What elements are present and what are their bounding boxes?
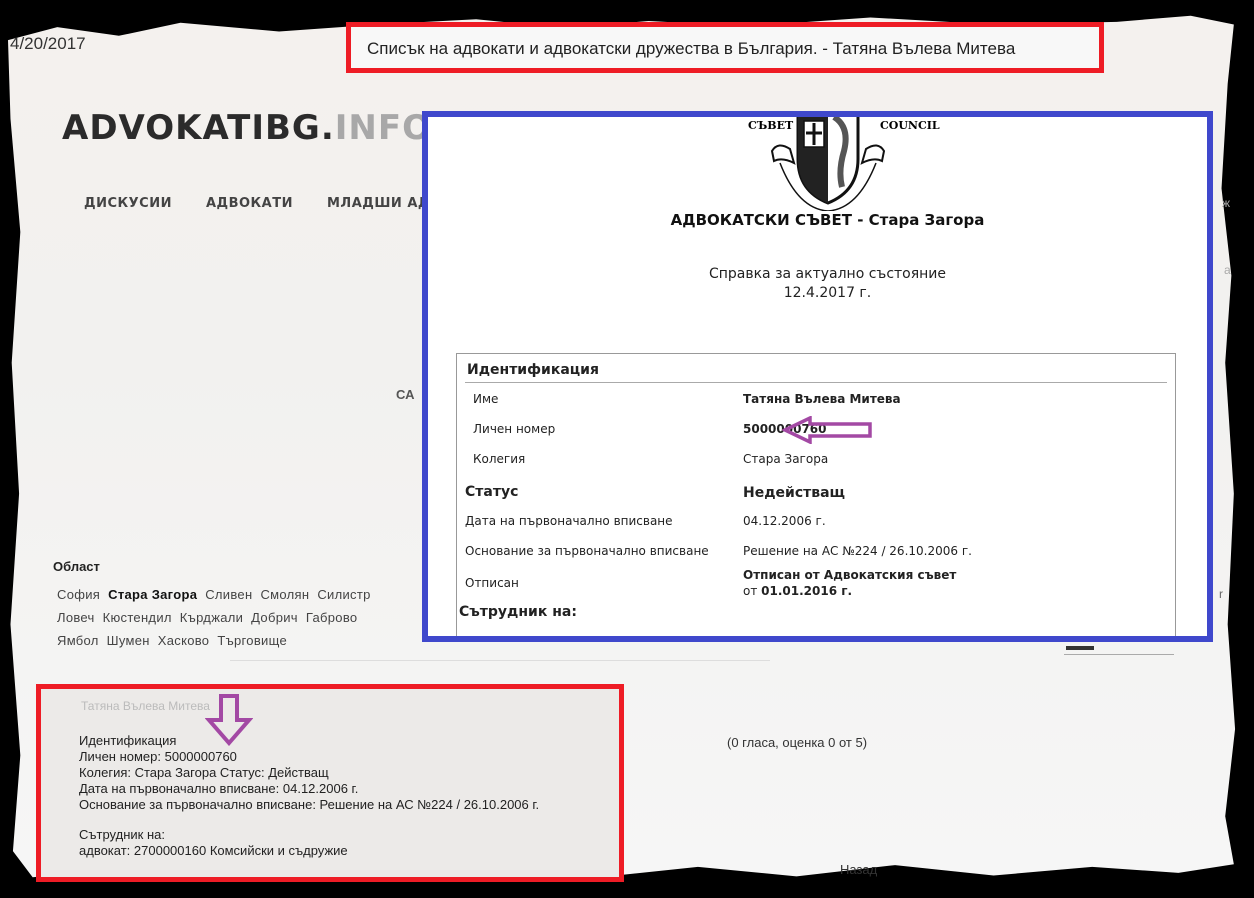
record-line: Колегия: Стара Загора Статус: Действащ xyxy=(79,765,539,781)
name-value: Татяна Вълева Митева xyxy=(743,392,901,406)
certificate-details-card: Идентификация Име Татяна Вълева Митева Л… xyxy=(456,353,1176,642)
certificate-date: 12.4.2017 г. xyxy=(428,285,1207,301)
bar-association-label: Колегия xyxy=(473,452,525,466)
status-heading: Статус xyxy=(465,484,518,500)
page-title-highlight: Списък на адвокати и адвокатски дружеств… xyxy=(346,22,1104,73)
region-link[interactable]: София xyxy=(57,587,100,602)
council-title: АДВОКАТСКИ СЪВЕТ - Стара Загора xyxy=(428,211,1207,229)
logo-suffix: INFO xyxy=(335,108,432,148)
right-edge-fragment: r xyxy=(1219,587,1223,601)
main-nav: ДИСКУСИИ АДВОКАТИ МЛАДШИ АДВОК xyxy=(84,196,463,211)
registration-basis-value: Решение на АС №224 / 26.10.2006 г. xyxy=(743,544,972,558)
bar-association-value: Стара Загора xyxy=(743,452,828,466)
region-link[interactable]: Ямбол xyxy=(57,633,99,648)
region-link[interactable]: Ловеч xyxy=(57,610,95,625)
removed-line: Отписан от Адвокатския съвет xyxy=(743,568,956,582)
record-line: Дата на първоначално вписване: 04.12.200… xyxy=(79,781,539,797)
divider xyxy=(465,382,1167,383)
site-record-details: Идентификация Личен номер: 5000000760 Ко… xyxy=(79,733,539,859)
record-line: Основание за първоначално вписване: Реше… xyxy=(79,797,539,813)
region-link[interactable]: Шумен xyxy=(107,633,150,648)
record-name-faint: Татяна Вълева Митева xyxy=(81,699,210,713)
region-link[interactable]: Търговище xyxy=(217,633,287,648)
divider xyxy=(1064,654,1174,655)
record-line: Идентификация xyxy=(79,733,539,749)
region-link[interactable]: Кюстендил xyxy=(103,610,172,625)
removed-label: Отписан xyxy=(465,576,519,590)
removed-date-line: от 01.01.2016 г. xyxy=(743,584,852,598)
registration-date-value: 04.12.2006 г. xyxy=(743,514,826,528)
removed-prefix: от xyxy=(743,584,761,598)
name-label: Име xyxy=(473,392,498,406)
partial-heading: СА xyxy=(396,387,414,402)
right-edge-fragment: ж xyxy=(1222,196,1230,210)
certificate-title: Справка за актуално състояние xyxy=(428,266,1207,282)
emblem-label-left: СЪВЕТ xyxy=(748,119,793,132)
rating-summary: (0 гласа, оценка 0 от 5) xyxy=(727,735,867,750)
nav-item-lawyers[interactable]: АДВОКАТИ xyxy=(206,196,293,211)
arrow-left-icon xyxy=(782,416,874,444)
emblem-label-right: COUNCIL xyxy=(880,119,940,132)
site-record-highlight: Татяна Вълева Митева Идентификация Личен… xyxy=(36,684,624,882)
page-title: Списък на адвокати и адвокатски дружеств… xyxy=(367,39,1015,59)
region-link[interactable]: Силистр xyxy=(317,587,370,602)
arrow-down-icon xyxy=(205,694,253,746)
print-date: 4/20/2017 xyxy=(10,34,86,54)
collaborator-heading: Сътрудник на: xyxy=(459,604,577,620)
divider xyxy=(230,660,770,661)
personal-number-label: Личен номер xyxy=(473,422,555,436)
nav-item-discussions[interactable]: ДИСКУСИИ xyxy=(84,196,172,211)
region-link[interactable]: Кърджали xyxy=(180,610,243,625)
status-value: Недействащ xyxy=(743,485,845,501)
region-link[interactable]: Стара Загора xyxy=(108,587,197,602)
region-link[interactable]: Сливен xyxy=(205,587,252,602)
record-line: адвокат: 2700000160 Комсийски и съдружие xyxy=(79,843,539,859)
logo-main: ADVOKATIBG. xyxy=(62,108,335,148)
registration-basis-label: Основание за първоначално вписване xyxy=(465,544,709,558)
removed-date: 01.01.2016 г. xyxy=(761,584,852,598)
right-edge-fragment: a xyxy=(1224,263,1231,277)
site-logo[interactable]: ADVOKATIBG.INFO xyxy=(62,108,432,148)
region-filter-title: Област xyxy=(53,559,100,574)
identification-heading: Идентификация xyxy=(467,362,599,378)
region-filter-list: СофияСтара ЗагораСливенСмолянСилистрЛове… xyxy=(57,583,427,652)
region-link[interactable]: Добрич xyxy=(251,610,298,625)
council-certificate-highlight: СЪВЕТ COUNCIL АДВОКАТСКИ СЪВЕТ - Стара З… xyxy=(422,111,1213,642)
back-link[interactable]: Назад xyxy=(840,862,877,877)
record-line: Сътрудник на: xyxy=(79,827,539,843)
dash-mark xyxy=(1066,646,1094,650)
region-link[interactable]: Смолян xyxy=(260,587,309,602)
region-link[interactable]: Хасково xyxy=(158,633,210,648)
region-link[interactable]: Габрово xyxy=(306,610,358,625)
record-line: Личен номер: 5000000760 xyxy=(79,749,539,765)
divider xyxy=(457,641,1175,642)
registration-date-label: Дата на първоначално вписване xyxy=(465,514,673,528)
